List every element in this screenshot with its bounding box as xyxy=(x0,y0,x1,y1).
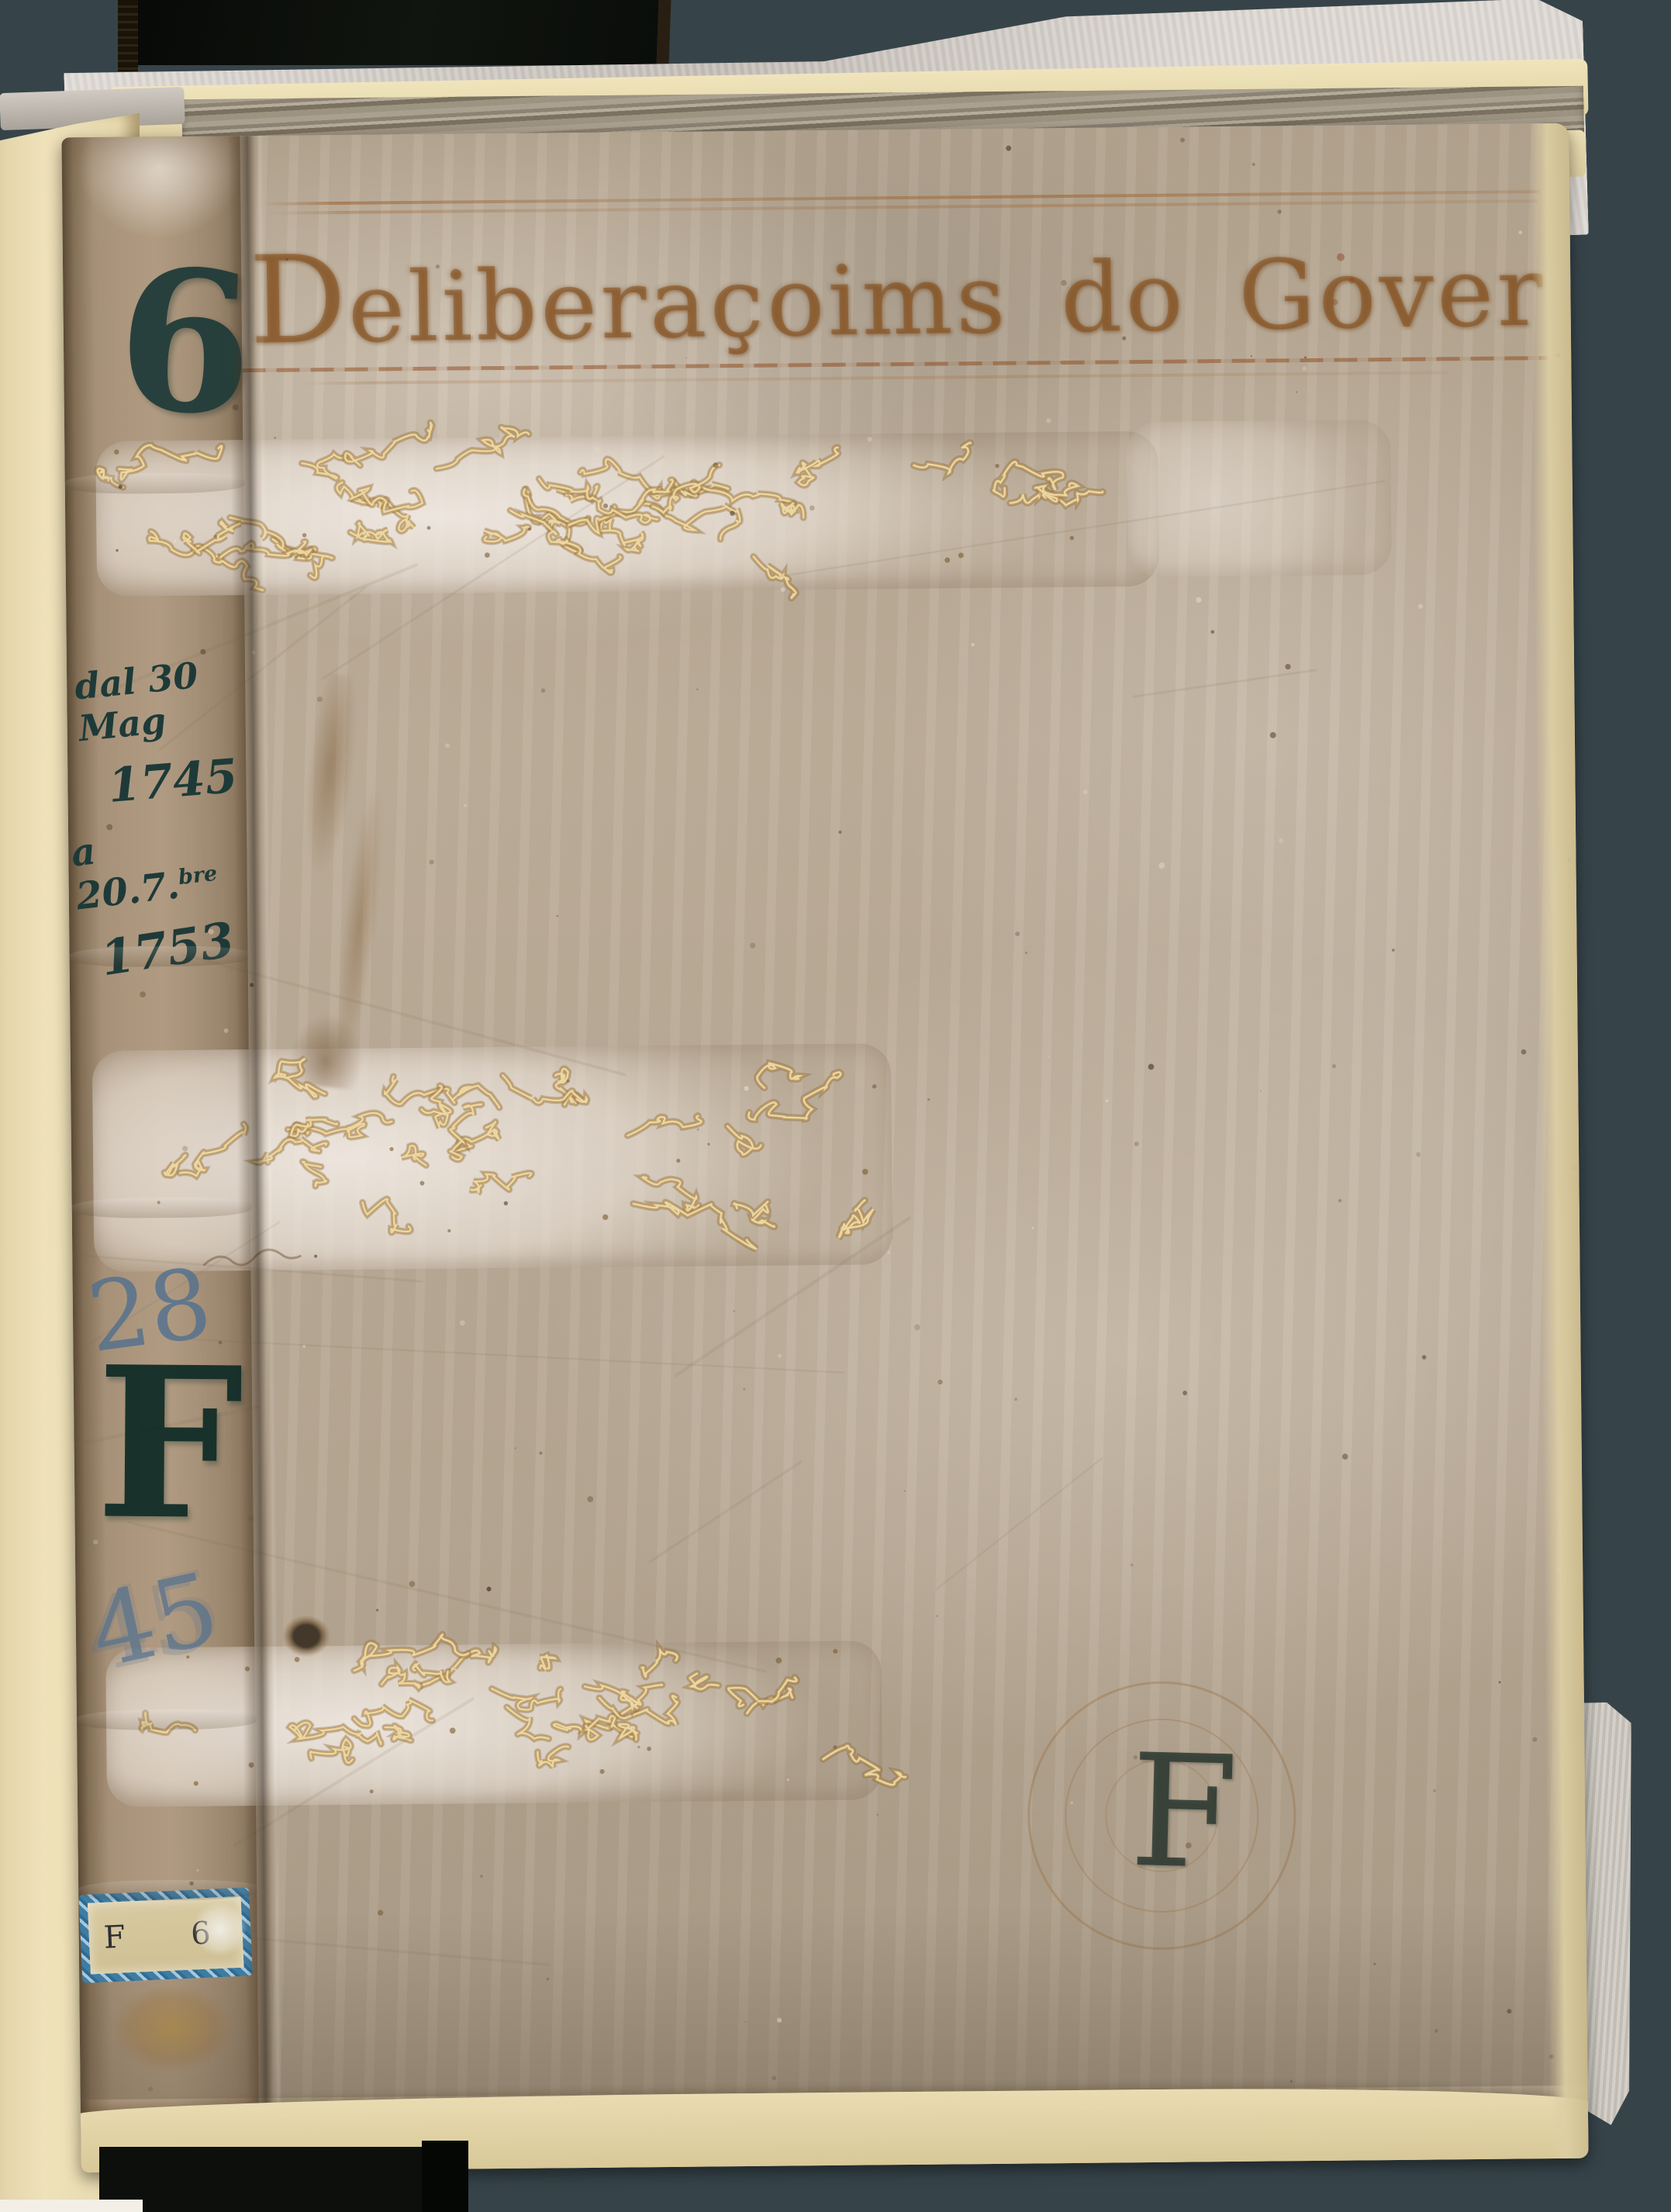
spine-old-number: 45 xyxy=(82,1559,227,1683)
bottom-shading xyxy=(78,1899,1587,2100)
date-from-year: 1745 xyxy=(106,748,244,814)
spine-shelfmark-label: F 6 xyxy=(78,1887,253,1983)
cover-title: Deliberaçoims do Governo xyxy=(248,212,1547,382)
spine-series-letter: F xyxy=(95,1339,244,1548)
spine-ridge xyxy=(78,1879,258,1901)
worm-damage-band-middle xyxy=(92,1043,893,1272)
vellum-cover: Deliberaçoims do Governo F 6 dal 30 Mag … xyxy=(61,123,1588,2173)
spine-ridge xyxy=(77,1709,257,1730)
date-to-line: a 20.7.bre xyxy=(69,813,247,918)
spine-ridge xyxy=(65,472,245,494)
date-from-line: dal 30 Mag xyxy=(73,650,245,749)
bottom-white-paper-sliver xyxy=(0,2200,143,2212)
dark-ink-blot xyxy=(282,1615,331,1657)
spine-ridge xyxy=(72,1197,252,1218)
bottom-book-board xyxy=(99,2147,459,2212)
archive-stamp: F xyxy=(1027,1680,1297,1951)
spine-ridge xyxy=(69,945,249,967)
archival-book-scan: Deliberaçoims do Governo F 6 dal 30 Mag … xyxy=(0,0,1671,2212)
stamp-letter: F xyxy=(1128,1734,1240,1892)
date-to-prefix: a 20.7. xyxy=(69,830,182,919)
board-stitched-edge xyxy=(118,0,138,71)
date-to-superscript: bre xyxy=(177,862,219,890)
spine-date-inscription: dal 30 Mag 1745 a 20.7.bre 1753 xyxy=(67,657,244,977)
worm-damage-band-top-right xyxy=(1127,420,1392,577)
bottom-book-board-edge xyxy=(422,2141,468,2212)
top-book-board xyxy=(122,0,672,65)
